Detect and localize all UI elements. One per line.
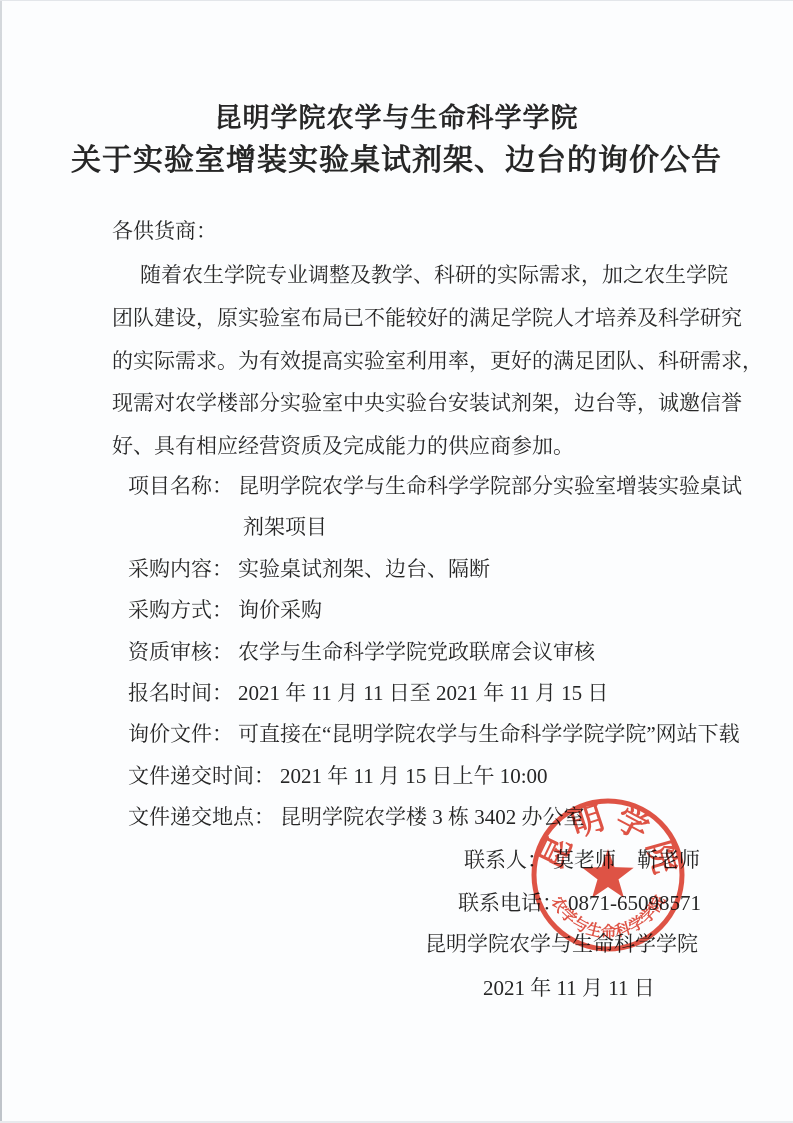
info-value: 农学与生命科学学院党政联席会议审核	[238, 640, 595, 664]
info-row-procurement-method: 采购方式：询价采购	[128, 590, 684, 631]
paragraph-line: 好、具有相应经营资质及完成能力的供应商参加。	[112, 425, 682, 468]
info-label: 报名时间：	[128, 681, 233, 705]
document-title-line2: 关于实验室增装实验桌试剂架、边台的询价公告	[0, 135, 793, 179]
info-label: 询价文件：	[128, 722, 233, 746]
info-value: 昆明学院农学楼 3 栋 3402 办公室	[280, 805, 585, 829]
phone-number: 0871-65098571	[568, 891, 701, 915]
salutation: 各供货商：	[112, 218, 217, 245]
info-row-submission-location: 文件递交地点：昆明学院农学楼 3 栋 3402 办公室	[128, 797, 684, 838]
document-title-line1: 昆明学院农学与生命科学学院	[0, 96, 793, 135]
info-value: 2021 年 11 月 15 日上午 10:00	[280, 764, 548, 788]
info-row-registration-time: 报名时间：2021 年 11 月 11 日至 2021 年 11 月 15 日	[128, 673, 684, 714]
contact-name: 莫老师	[553, 848, 616, 872]
info-label: 文件递交地点：	[128, 805, 275, 829]
contact-person-line: 联系人：莫老师靳老师	[464, 849, 700, 872]
info-row-submission-time: 文件递交时间：2021 年 11 月 15 日上午 10:00	[128, 756, 684, 797]
scan-edge-top	[0, 0, 793, 1]
info-value: 询价采购	[238, 598, 322, 622]
paragraph-line: 的实际需求。为有效提高实验室利用率，更好的满足团队、科研需求，	[112, 340, 682, 383]
info-list: 项目名称：昆明学院农学与生命科学学院部分实验室增装实验桌试 剂架项目 采购内容：…	[128, 466, 684, 839]
signature-org: 昆明学院农学与生命科学学院	[425, 933, 698, 956]
paragraph-line: 随着农生学院专业调整及教学、科研的实际需求，加之农生学院	[112, 254, 682, 297]
contact-name: 靳老师	[637, 848, 700, 872]
info-row-qualification-review: 资质审核：农学与生命科学学院党政联席会议审核	[128, 632, 684, 673]
info-row-procurement-content: 采购内容：实验桌试剂架、边台、隔断	[128, 549, 684, 590]
info-value: 可直接在“昆明学院农学与生命科学学院学院”网站下载	[238, 722, 740, 746]
document-page: 昆明学院农学与生命科学学院 关于实验室增装实验桌试剂架、边台的询价公告 各供货商…	[0, 0, 793, 1123]
info-value: 实验桌试剂架、边台、隔断	[238, 557, 490, 581]
info-row-inquiry-document: 询价文件：可直接在“昆明学院农学与生命科学学院学院”网站下载	[128, 714, 684, 755]
info-row-project-name-continuation: 剂架项目	[128, 507, 684, 548]
body-paragraph: 随着农生学院专业调整及教学、科研的实际需求，加之农生学院 团队建设，原实验室布局…	[112, 254, 682, 468]
info-label: 采购内容：	[128, 557, 233, 581]
paragraph-line: 现需对农学楼部分实验室中央实验台安装试剂架，边台等，诚邀信誉	[112, 382, 682, 425]
paragraph-line: 团队建设，原实验室布局已不能较好的满足学院人才培养及科学研究	[112, 297, 682, 340]
info-label: 文件递交时间：	[128, 764, 275, 788]
contact-phone-line: 联系电话：0871-65098571	[458, 892, 701, 915]
info-label: 项目名称：	[128, 474, 233, 498]
info-value: 昆明学院农学与生命科学学院部分实验室增装实验桌试	[238, 474, 742, 498]
info-row-project-name: 项目名称：昆明学院农学与生命科学学院部分实验室增装实验桌试	[128, 466, 684, 507]
phone-label: 联系电话：	[458, 891, 563, 915]
info-value: 2021 年 11 月 11 日至 2021 年 11 月 15 日	[238, 681, 608, 705]
info-label: 采购方式：	[128, 598, 233, 622]
contact-label: 联系人：	[464, 848, 548, 872]
info-label: 资质审核：	[128, 640, 233, 664]
signature-date: 2021 年 11 月 11 日	[483, 977, 655, 1000]
